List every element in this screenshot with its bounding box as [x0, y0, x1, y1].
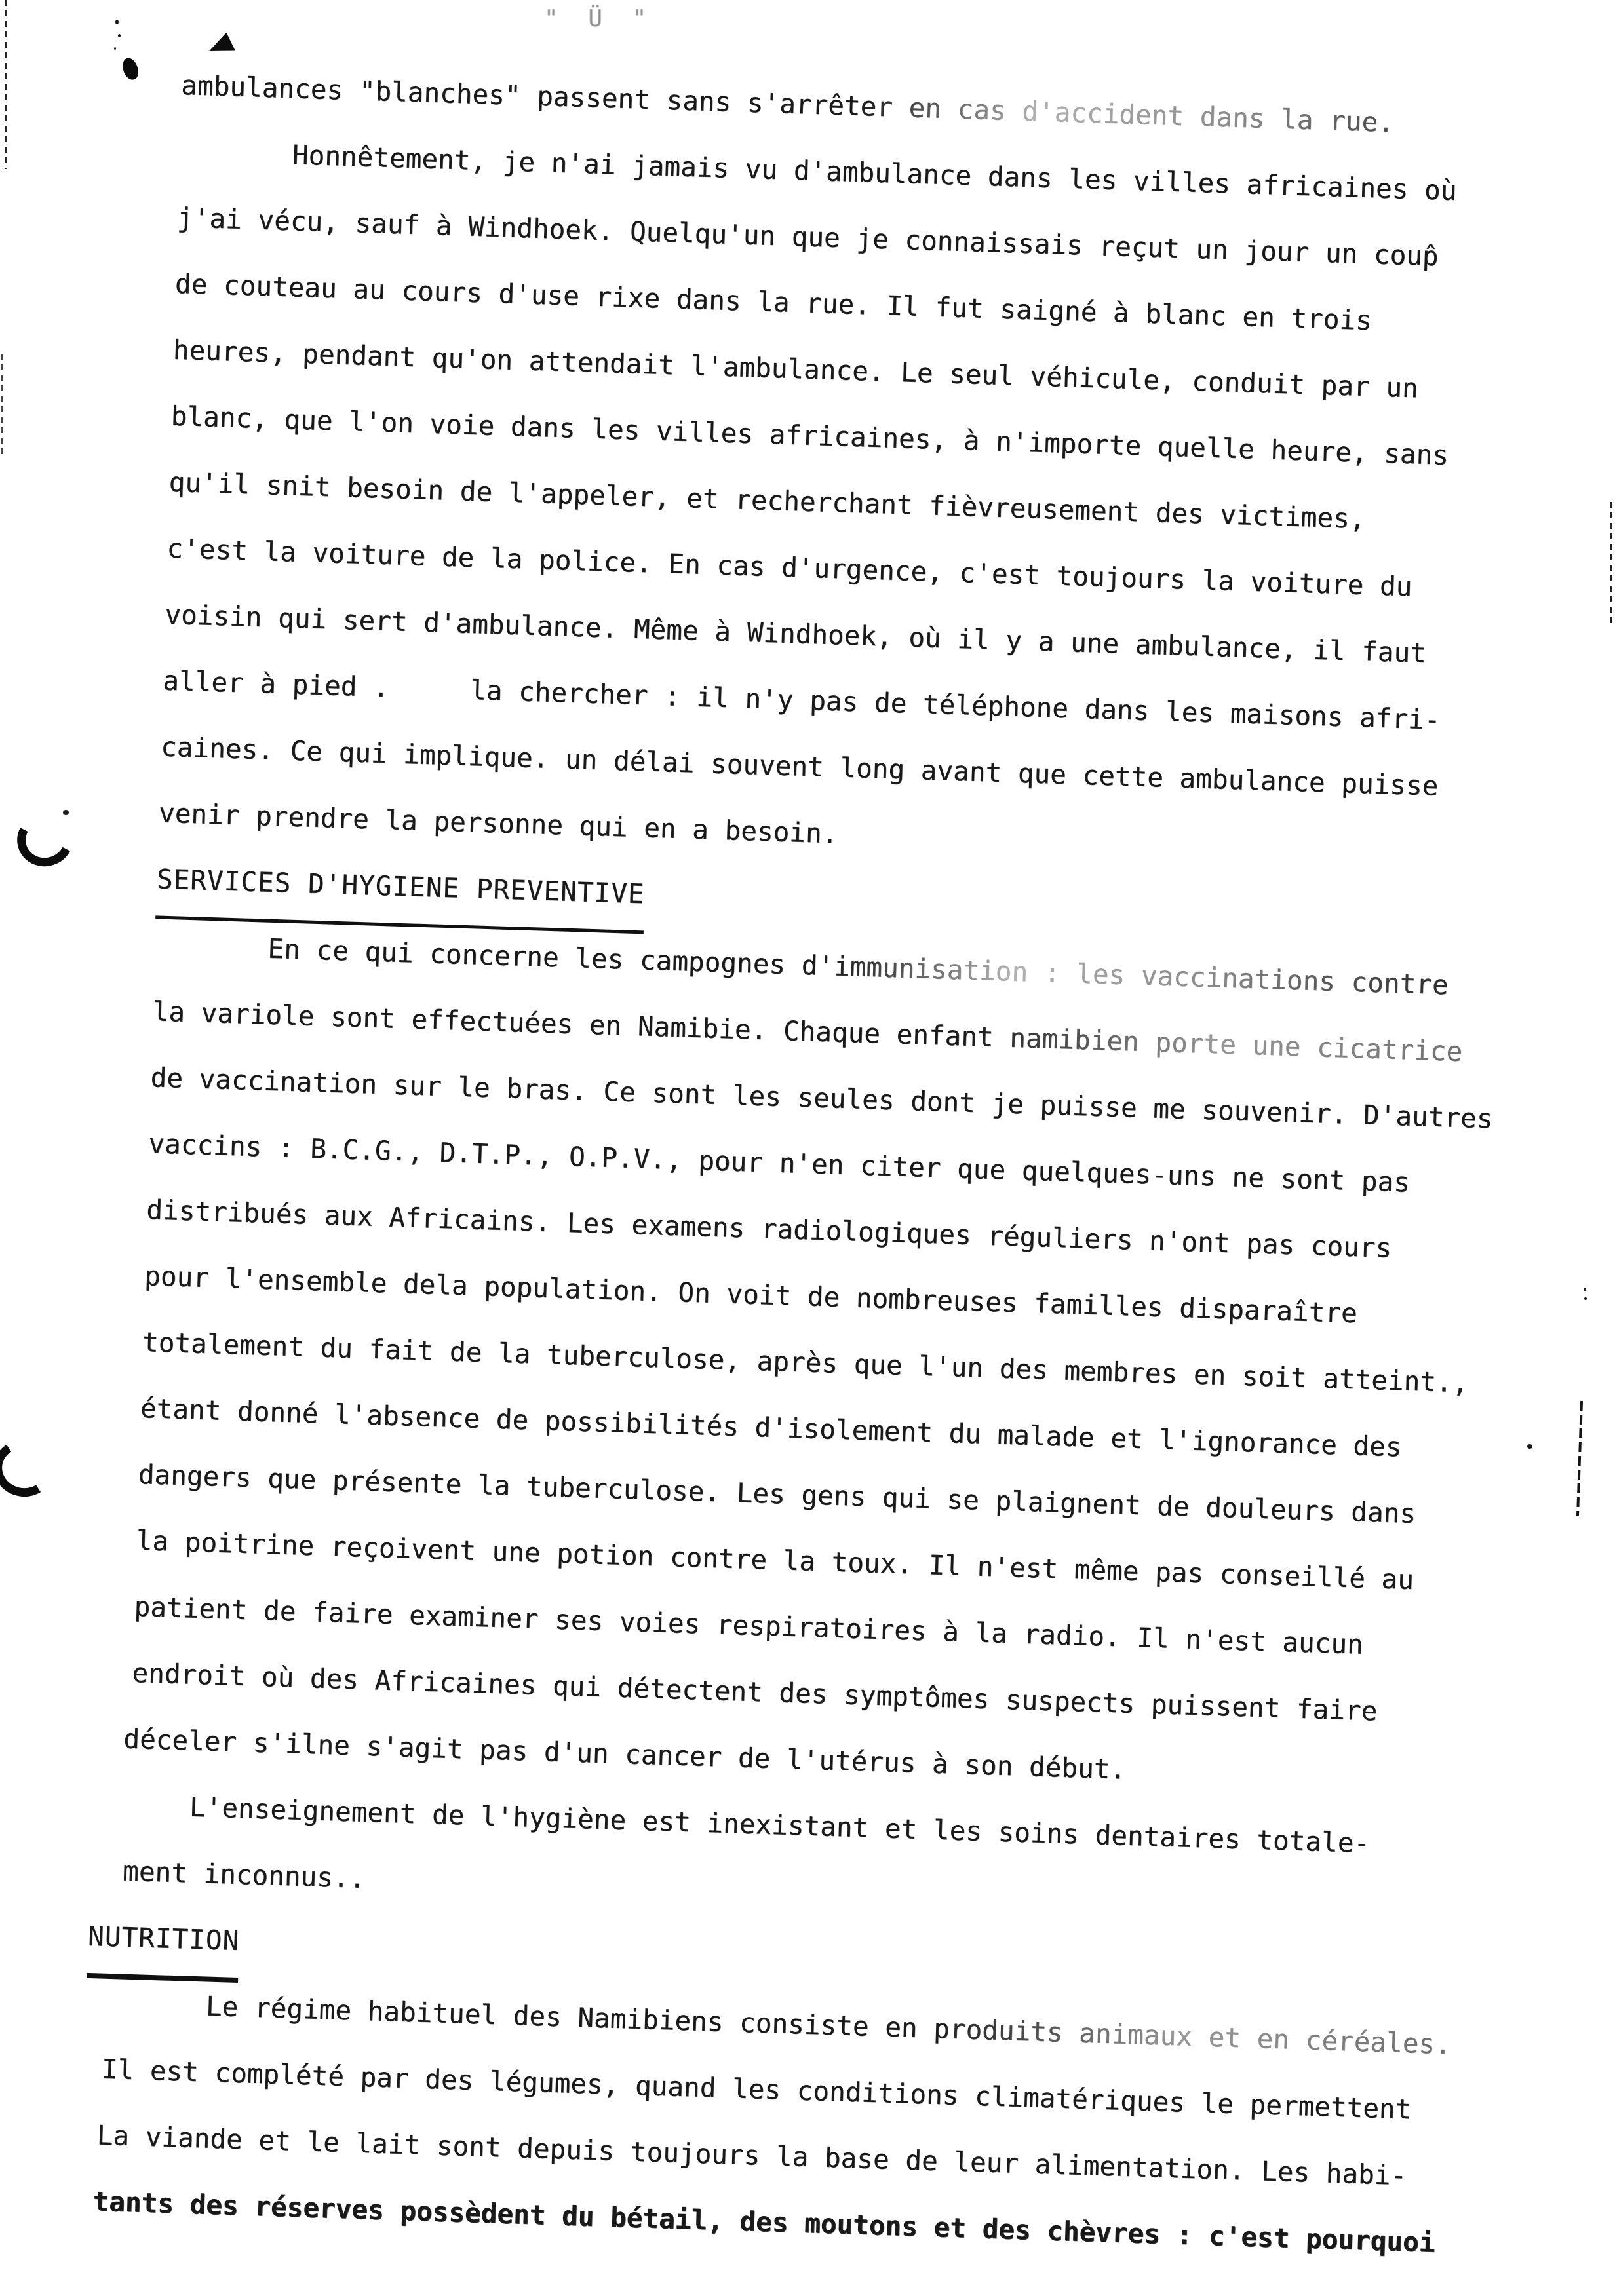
ink-speck: [115, 20, 119, 24]
scanned-document-page: { "document": { "page_marker": "\" Ü \""…: [0, 0, 1615, 2296]
typed-text-block: ambulances "blanches" passent sans s'arr…: [115, 52, 1615, 2281]
ink-speck: [1584, 1297, 1587, 1300]
left-margin-scan-line: [5, 0, 7, 169]
handwritten-crescent-mark: [10, 805, 80, 874]
ink-blot-mark: [121, 56, 141, 82]
right-edge-scan-line: [1610, 502, 1612, 626]
ink-speck: [1584, 1288, 1586, 1291]
left-margin-scan-line: [1, 354, 3, 459]
page-number-marks: " Ü ": [544, 5, 654, 32]
handwritten-crescent-mark: [0, 1434, 59, 1502]
ink-speck: [114, 47, 116, 50]
ink-speck: [63, 810, 69, 815]
ink-speck: [1527, 1444, 1532, 1449]
ink-speck: [118, 34, 121, 37]
